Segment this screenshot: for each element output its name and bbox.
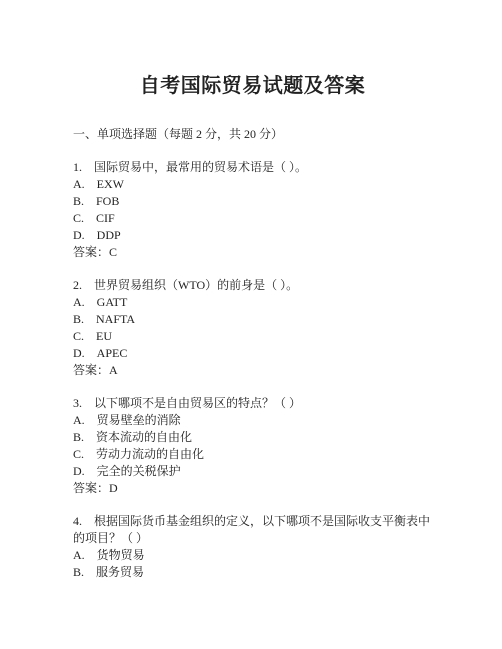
option-line: C. 劳动力流动的自由化: [73, 446, 432, 463]
question-text: 3. 以下哪项不是自由贸易区的特点？（ ）: [73, 395, 432, 412]
option-line: A. 货物贸易: [73, 547, 432, 564]
document-page: 自考国际贸易试题及答案 一、单项选择题（每题 2 分，共 20 分） 1. 国际…: [0, 0, 502, 649]
option-line: C. CIF: [73, 210, 432, 227]
option-line: B. NAFTA: [73, 311, 432, 328]
answer-line: 答案：D: [73, 480, 432, 497]
answer-line: 答案：A: [73, 362, 432, 379]
option-line: B. 资本流动的自由化: [73, 429, 432, 446]
option-line: B. FOB: [73, 193, 432, 210]
question-text: 2. 世界贸易组织（WTO）的前身是（ ）。: [73, 277, 432, 294]
option-line: A. GATT: [73, 294, 432, 311]
option-line: A. 贸易壁垒的消除: [73, 412, 432, 429]
option-line: A. EXW: [73, 176, 432, 193]
question-text: 1. 国际贸易中，最常用的贸易术语是（ ）。: [73, 159, 432, 176]
option-line: D. APEC: [73, 345, 432, 362]
question-block-4: 4. 根据国际货币基金组织的定义，以下哪项不是国际收支平衡表中的项目？（ ） A…: [73, 513, 432, 581]
option-line: D. DDP: [73, 227, 432, 244]
section-heading: 一、单项选择题（每题 2 分，共 20 分）: [73, 126, 432, 143]
exam-title: 自考国际贸易试题及答案: [73, 74, 432, 98]
option-line: B. 服务贸易: [73, 564, 432, 581]
question-text: 4. 根据国际货币基金组织的定义，以下哪项不是国际收支平衡表中的项目？（ ）: [73, 513, 432, 547]
answer-line: 答案：C: [73, 244, 432, 261]
option-line: D. 完全的关税保护: [73, 463, 432, 480]
option-line: C. EU: [73, 328, 432, 345]
question-block-3: 3. 以下哪项不是自由贸易区的特点？（ ） A. 贸易壁垒的消除 B. 资本流动…: [73, 395, 432, 497]
question-block-2: 2. 世界贸易组织（WTO）的前身是（ ）。 A. GATT B. NAFTA …: [73, 277, 432, 379]
question-block-1: 1. 国际贸易中，最常用的贸易术语是（ ）。 A. EXW B. FOB C. …: [73, 159, 432, 261]
